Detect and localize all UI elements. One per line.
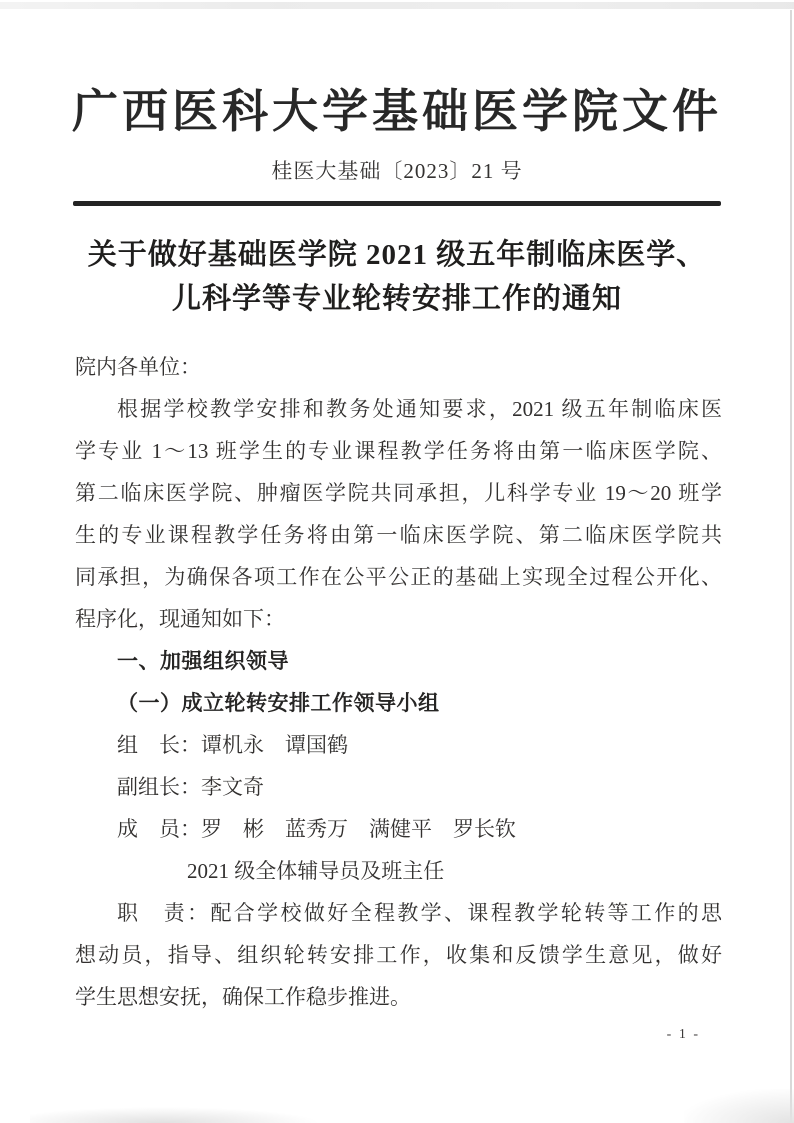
issuing-org-title: 广西医科大学基础医学院文件 — [0, 82, 794, 142]
scan-artifact-right-edge — [790, 10, 792, 1123]
body-line: 学专业 1～13 班学生的专业课程教学任务将由第一临床医学院、 — [75, 430, 722, 472]
deputy-leader-line: 副组长：李文奇 — [75, 766, 722, 808]
page-number: - 1 - — [667, 1027, 700, 1043]
document-header: 广西医科大学基础医学院文件 桂医大基础〔2023〕21 号 — [0, 0, 794, 206]
salutation: 院内各单位： — [75, 346, 722, 388]
members-line: 成 员：罗 彬 蓝秀万 满健平 罗长钦 — [75, 808, 722, 850]
notice-body: 院内各单位： 根据学校教学安排和教务处通知要求，2021 级五年制临床医 学专业… — [75, 346, 722, 1018]
scan-artifact-bottom-left-smudge — [30, 1107, 320, 1123]
members-line-cont: 2021 级全体辅导员及班主任 — [75, 850, 722, 892]
body-line: 同承担，为确保各项工作在公平公正的基础上实现全过程公开化、 — [75, 556, 722, 598]
body-line: 根据学校教学安排和教务处通知要求，2021 级五年制临床医 — [75, 388, 722, 430]
duties-line-end: 学生思想安抚，确保工作稳步推进。 — [75, 976, 722, 1018]
duties-line: 职 责：配合学校做好全程教学、课程教学轮转等工作的思 — [75, 892, 722, 934]
leader-line: 组 长：谭机永 谭国鹤 — [75, 724, 722, 766]
notice-title: 关于做好基础医学院 2021 级五年制临床医学、 儿科学等专业轮转安排工作的通知 — [0, 233, 794, 321]
body-line: 程序化，现通知如下： — [75, 598, 722, 640]
scanned-document-page: 广西医科大学基础医学院文件 桂医大基础〔2023〕21 号 关于做好基础医学院 … — [0, 0, 794, 1123]
notice-title-line1: 关于做好基础医学院 2021 级五年制临床医学、 — [0, 233, 794, 277]
notice-title-line2: 儿科学等专业轮转安排工作的通知 — [0, 277, 794, 321]
body-line: 生的专业课程教学任务将由第一临床医学院、第二临床医学院共 — [75, 514, 722, 556]
subsection-heading-1: （一）成立轮转安排工作领导小组 — [75, 682, 722, 724]
scan-artifact-bottom-right-shade — [684, 1089, 794, 1123]
header-divider-rule — [73, 201, 721, 206]
scan-artifact-top-edge — [0, 2, 794, 9]
duties-line-cont: 想动员，指导、组织轮转安排工作，收集和反馈学生意见，做好 — [75, 934, 722, 976]
section-heading-1: 一、加强组织领导 — [75, 640, 722, 682]
document-reference-number: 桂医大基础〔2023〕21 号 — [0, 157, 794, 185]
body-line: 第二临床医学院、肿瘤医学院共同承担，儿科学专业 19～20 班学 — [75, 472, 722, 514]
